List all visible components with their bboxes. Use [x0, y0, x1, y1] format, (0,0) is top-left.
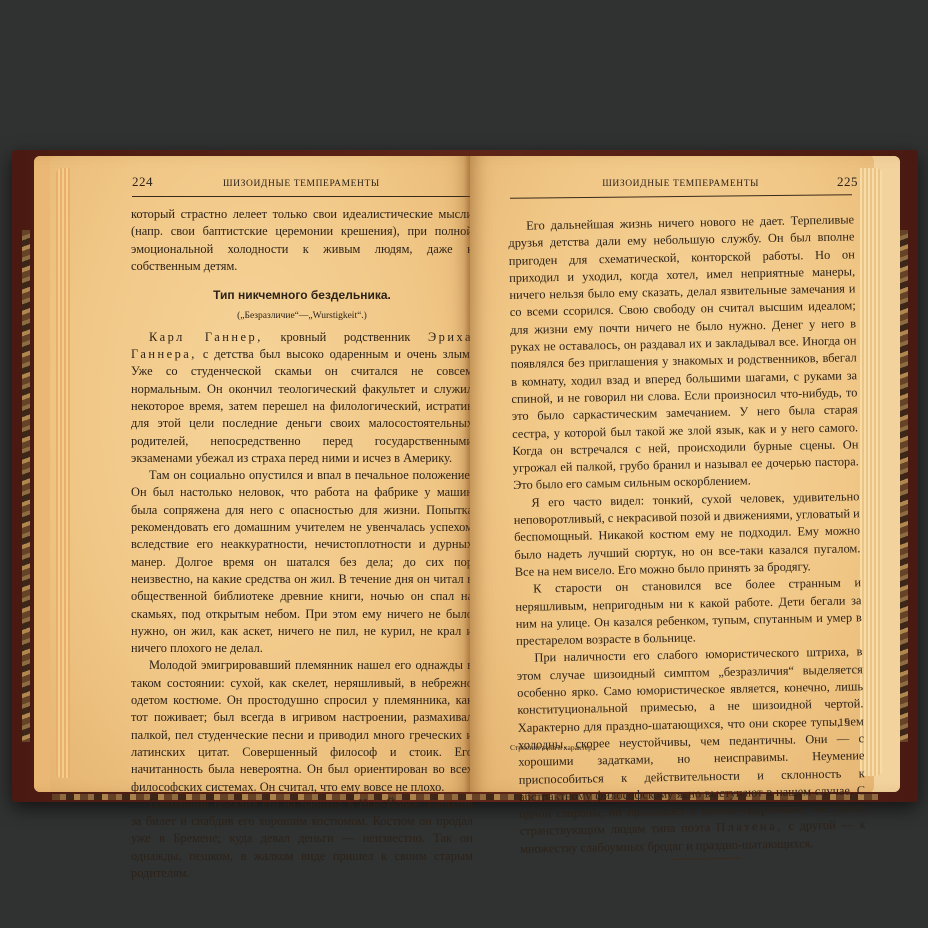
- header-rule: [132, 196, 472, 197]
- marbled-edge-right: [900, 230, 908, 742]
- header-rule: [510, 194, 852, 199]
- paragraph: Его дальнейшая жизнь ничего нового не да…: [508, 211, 859, 494]
- paragraph: Там он социально опустился и впал в печа…: [131, 467, 473, 657]
- signature-line: Строение тела и характер.: [510, 743, 594, 752]
- running-head-left: 224 Шизоидные темпераменты: [132, 174, 470, 190]
- page-number: 225: [837, 174, 858, 190]
- marbled-edge-left: [22, 230, 30, 742]
- page-footer: Строение тела и характер. 15: [510, 715, 850, 752]
- section-title: Тип никчемного бездельника.: [131, 287, 473, 304]
- running-head-right: Шизоидные темпераменты 225: [518, 174, 858, 190]
- name-spaced: Платена,: [716, 819, 783, 834]
- right-page-body: Его дальнейшая жизнь ничего нового не да…: [508, 211, 866, 863]
- paragraph: Племянник посадил его на пароход в Нью-Й…: [131, 796, 473, 882]
- section-subtitle: („Безразличие“—„Wurstigkeit“.): [131, 308, 473, 325]
- running-head-title: Шизоидные темпераменты: [602, 179, 759, 189]
- paragraph: Молодой эмигрировавший племянник нашел е…: [131, 657, 473, 795]
- left-page-body: который страстно лелеет только свои идеа…: [131, 206, 473, 882]
- end-rule: [670, 858, 740, 860]
- signature-number: 15: [838, 715, 850, 730]
- paragraph: Я его часто видел: тонкий, сухой человек…: [513, 488, 861, 581]
- paragraph: который страстно лелеет только свои идеа…: [131, 206, 473, 275]
- running-head-title: Шизоидные темпераменты: [223, 179, 380, 189]
- page-stack-left: [56, 168, 70, 778]
- name-spaced: Карл Ганнер,: [149, 330, 263, 344]
- right-page: Шизоидные темпераменты 225 Его дальнейша…: [470, 156, 900, 792]
- open-book: 224 Шизоидные темпераменты который страс…: [12, 150, 918, 802]
- page-stack-right: [860, 168, 882, 776]
- page-number: 224: [132, 174, 153, 190]
- paragraph: К старости он становился все более стран…: [515, 575, 862, 651]
- paragraph: Карл Ганнер, кровный родственник Эриха Г…: [131, 329, 473, 467]
- left-page: 224 Шизоидные темпераменты который страс…: [34, 156, 470, 792]
